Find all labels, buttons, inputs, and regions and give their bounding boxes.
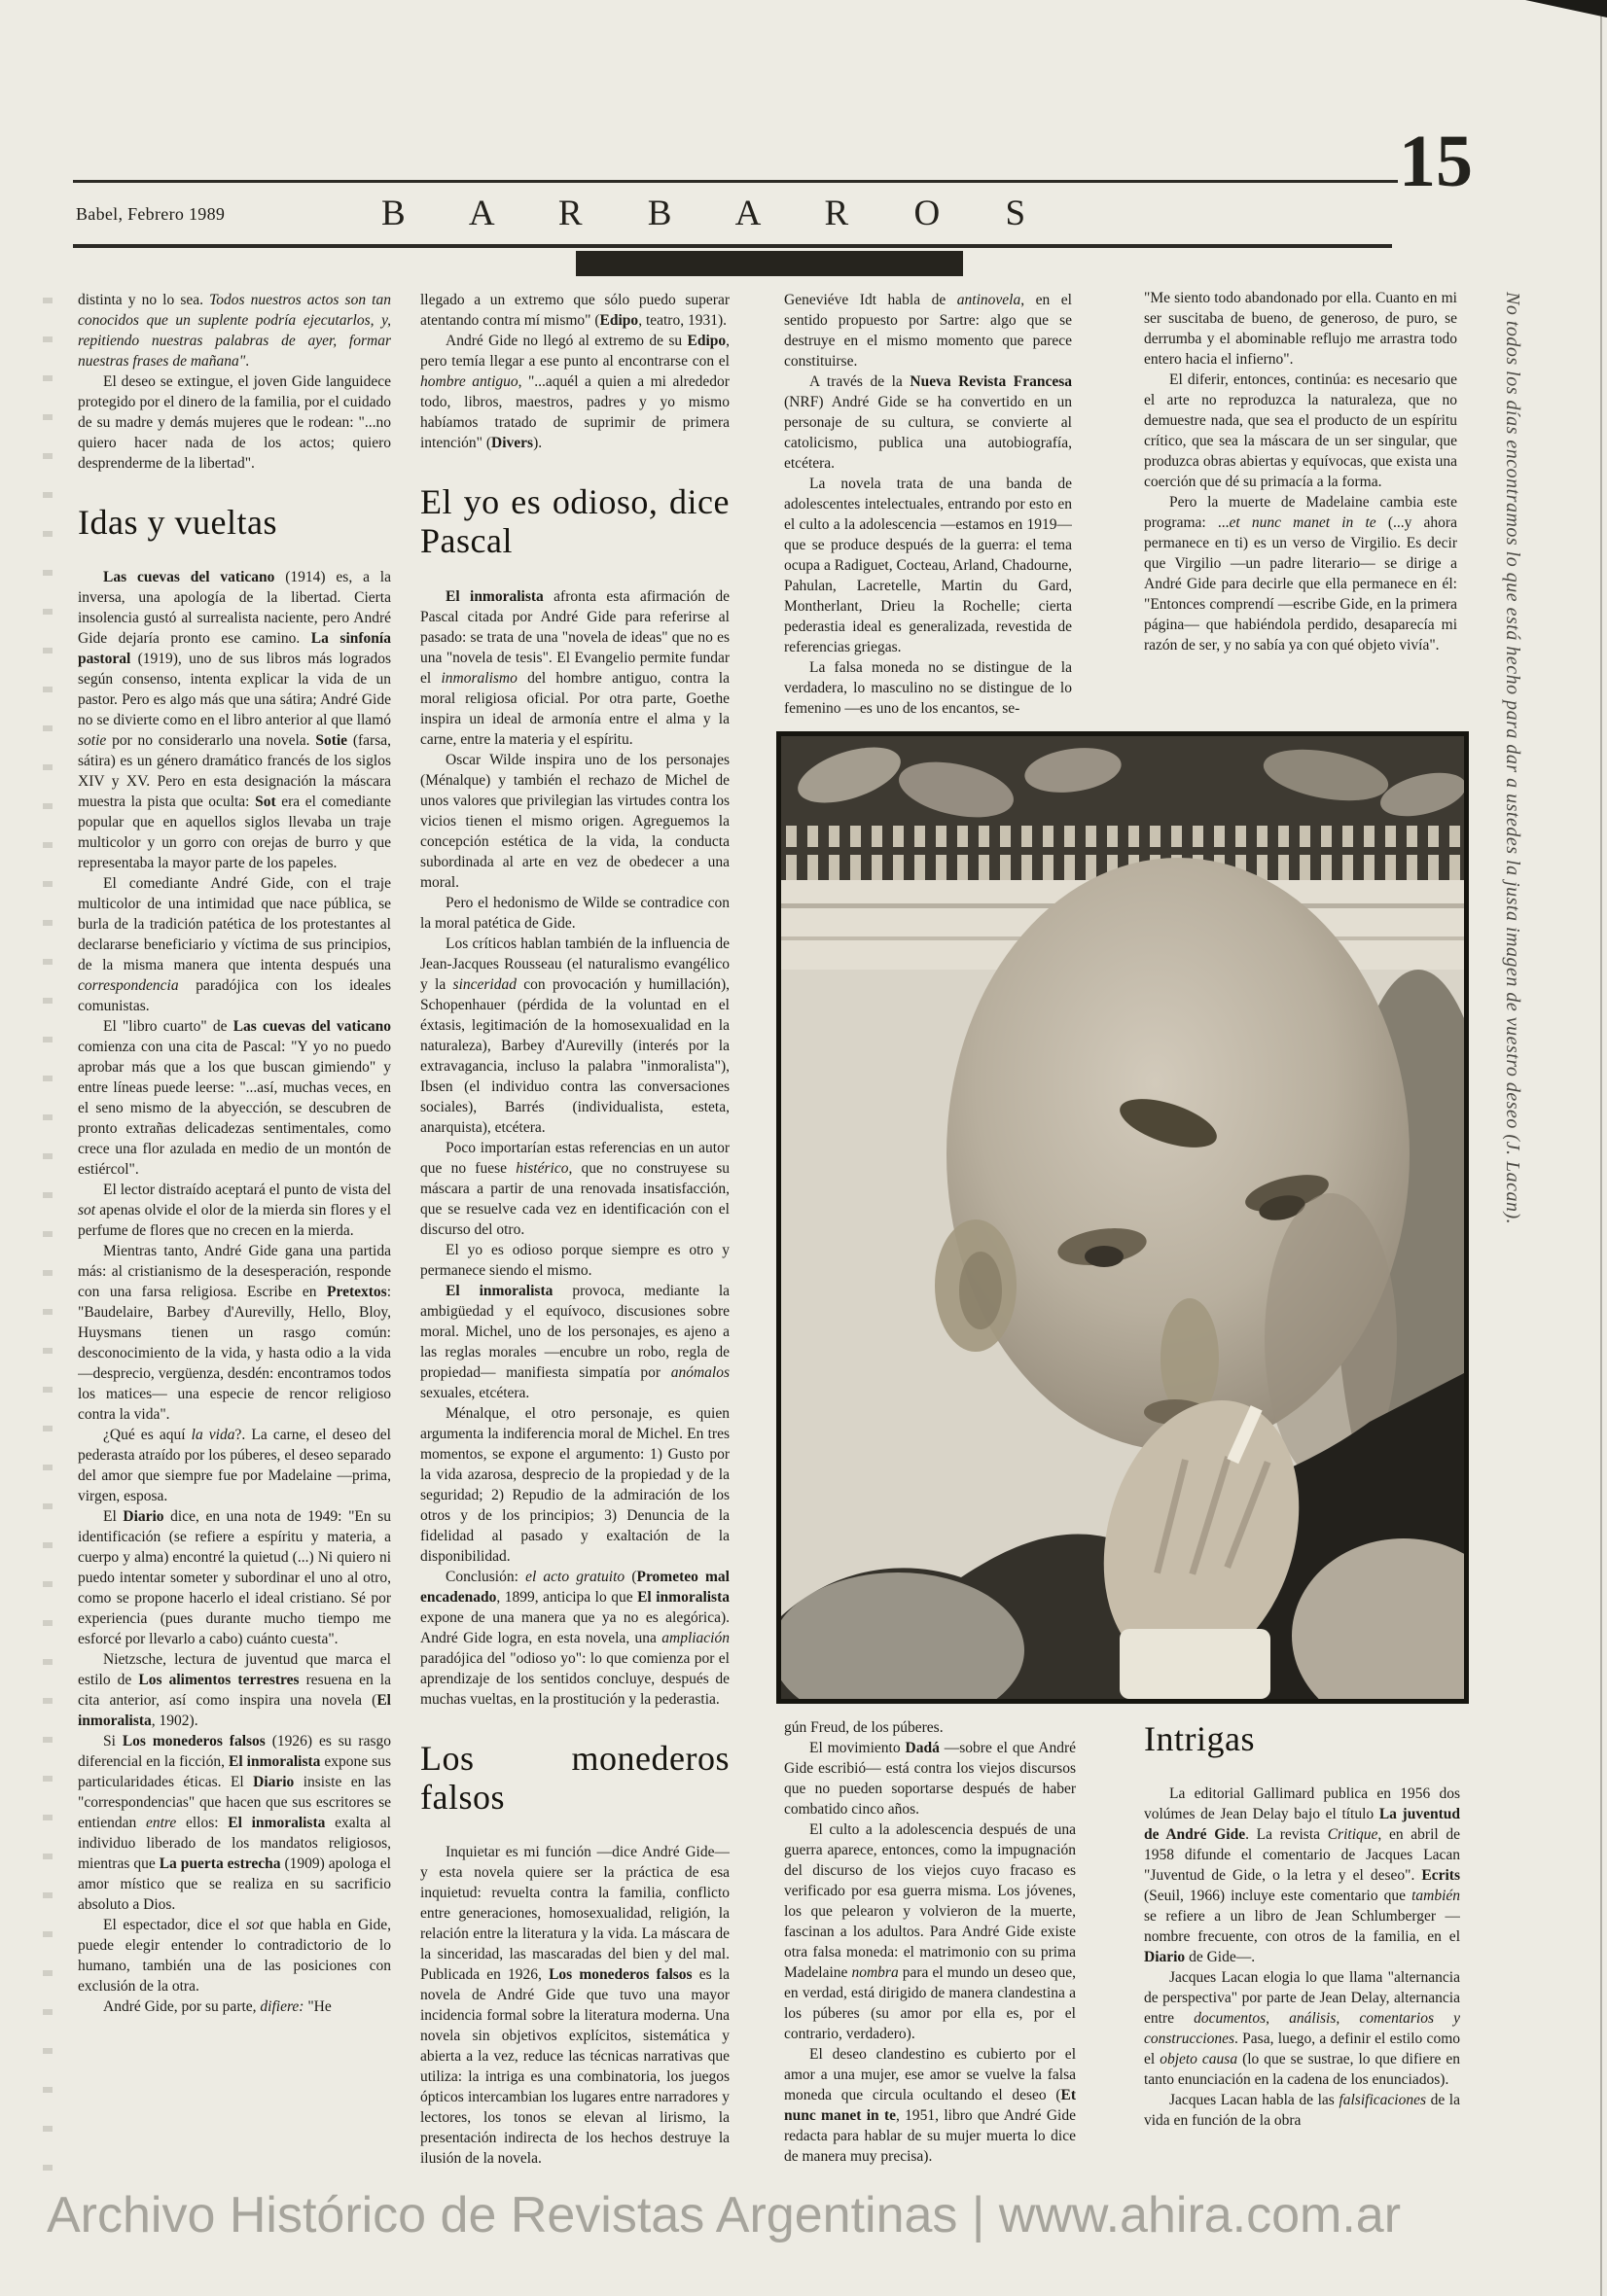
text-column-3-lower: gún Freud, de los púberes.El movimiento …: [784, 1717, 1076, 2208]
paragraph: Jacques Lacan elogia lo que llama "alter…: [1144, 1967, 1460, 2090]
portrait-photo-graphic: [781, 736, 1464, 1699]
paragraph: Pero la muerte de Madelaine cambia este …: [1144, 492, 1457, 655]
paragraph: André Gide no llegó al extremo de su Edi…: [420, 331, 730, 453]
paragraph: La editorial Gallimard publica en 1956 d…: [1144, 1784, 1460, 1967]
section-heading: Idas y vueltas: [78, 503, 391, 542]
paragraph: Nietzsche, lectura de juventud que marca…: [78, 1649, 391, 1731]
paragraph: El culto a la adolescencia después de un…: [784, 1819, 1076, 2044]
header-rule-bottom: [73, 244, 1392, 248]
paragraph: Jacques Lacan habla de las falsificacion…: [1144, 2090, 1460, 2131]
section-heading: Intrigas: [1144, 1719, 1460, 1758]
paragraph: llegado a un extremo que sólo puedo supe…: [420, 290, 730, 331]
header-rule-top: [73, 180, 1398, 183]
text-column-4-lower: IntrigasLa editorial Gallimard publica e…: [1144, 1717, 1460, 2208]
paragraph: El deseo clandestino es cubierto por el …: [784, 2044, 1076, 2167]
section-heading: Los monederos falsos: [420, 1739, 730, 1818]
portrait-photo: [776, 731, 1469, 1704]
title-black-bar: [576, 251, 963, 276]
text-column-1: distinta y no lo sea. Todos nuestros act…: [78, 290, 391, 2198]
paragraph: El lector distraído aceptará el punto de…: [78, 1180, 391, 1241]
archive-watermark: Archivo Histórico de Revistas Argentinas…: [47, 2186, 1584, 2244]
paragraph: El Diario dice, en una nota de 1949: "En…: [78, 1506, 391, 1649]
paragraph: "Me siento todo abandonado por ella. Cua…: [1144, 288, 1457, 370]
paragraph: Si Los monederos falsos (1926) es su ras…: [78, 1731, 391, 1915]
paragraph: La falsa moneda no se distingue de la ve…: [784, 657, 1072, 719]
paragraph: El deseo se extingue, el joven Gide lang…: [78, 371, 391, 474]
text-column-4-upper: "Me siento todo abandonado por ella. Cua…: [1144, 288, 1457, 745]
masthead: Babel, Febrero 1989: [76, 204, 225, 225]
paragraph: Oscar Wilde inspira uno de los personaje…: [420, 750, 730, 893]
paragraph: El inmoralista provoca, mediante la ambi…: [420, 1281, 730, 1403]
paragraph: El comediante André Gide, con el traje m…: [78, 873, 391, 1016]
paragraph: El "libro cuarto" de Las cuevas del vati…: [78, 1016, 391, 1180]
paragraph: Las cuevas del vaticano (1914) es, a la …: [78, 567, 391, 873]
paragraph: Geneviéve Idt habla de antinovela, en el…: [784, 290, 1072, 371]
paragraph: ¿Qué es aquí la vida?. La carne, el dese…: [78, 1425, 391, 1506]
paragraph: El espectador, dice el sot que habla en …: [78, 1915, 391, 1996]
section-title: B A R B A R O S: [381, 193, 1049, 234]
paragraph: La novela trata de una banda de adolesce…: [784, 474, 1072, 657]
page-number: 15: [1399, 124, 1473, 198]
paragraph: Pero el hedonismo de Wilde se contradice…: [420, 893, 730, 934]
paragraph: Ménalque, el otro personaje, es quien ar…: [420, 1403, 730, 1567]
scanned-magazine-page: Babel, Febrero 1989 B A R B A R O S 15 d…: [0, 0, 1607, 2296]
paragraph: André Gide, por su parte, difiere: "He: [78, 1996, 391, 2017]
margin-quote-vertical: No todos los días encontramos lo que est…: [1482, 292, 1523, 1420]
paragraph: Conclusión: el acto gratuito (Prometeo m…: [420, 1567, 730, 1710]
scan-corner-artifact: [1525, 0, 1607, 18]
paragraph: Mientras tanto, André Gide gana una part…: [78, 1241, 391, 1425]
section-heading: El yo es odioso, dice Pascal: [420, 482, 730, 561]
paragraph: Los críticos hablan también de la influe…: [420, 934, 730, 1138]
text-column-2: llegado a un extremo que sólo puedo supe…: [420, 290, 730, 2198]
paragraph: Poco importarían estas referencias en un…: [420, 1138, 730, 1240]
paragraph: El inmoralista afronta esta afirmación d…: [420, 586, 730, 750]
paragraph: El diferir, entonces, continúa: es neces…: [1144, 370, 1457, 492]
scan-edge-line: [1600, 0, 1602, 2296]
paragraph: A través de la Nueva Revista Francesa (N…: [784, 371, 1072, 474]
scan-gutter-marks: [43, 282, 53, 2188]
paragraph: gún Freud, de los púberes.: [784, 1717, 1076, 1738]
text-column-3-upper: Geneviéve Idt habla de antinovela, en el…: [784, 290, 1072, 745]
paragraph: El yo es odioso porque siempre es otro y…: [420, 1240, 730, 1281]
paragraph: Inquietar es mi función —dice André Gide…: [420, 1842, 730, 2169]
paragraph: El movimiento Dadá —sobre el que André G…: [784, 1738, 1076, 1819]
paragraph: distinta y no lo sea. Todos nuestros act…: [78, 290, 391, 371]
